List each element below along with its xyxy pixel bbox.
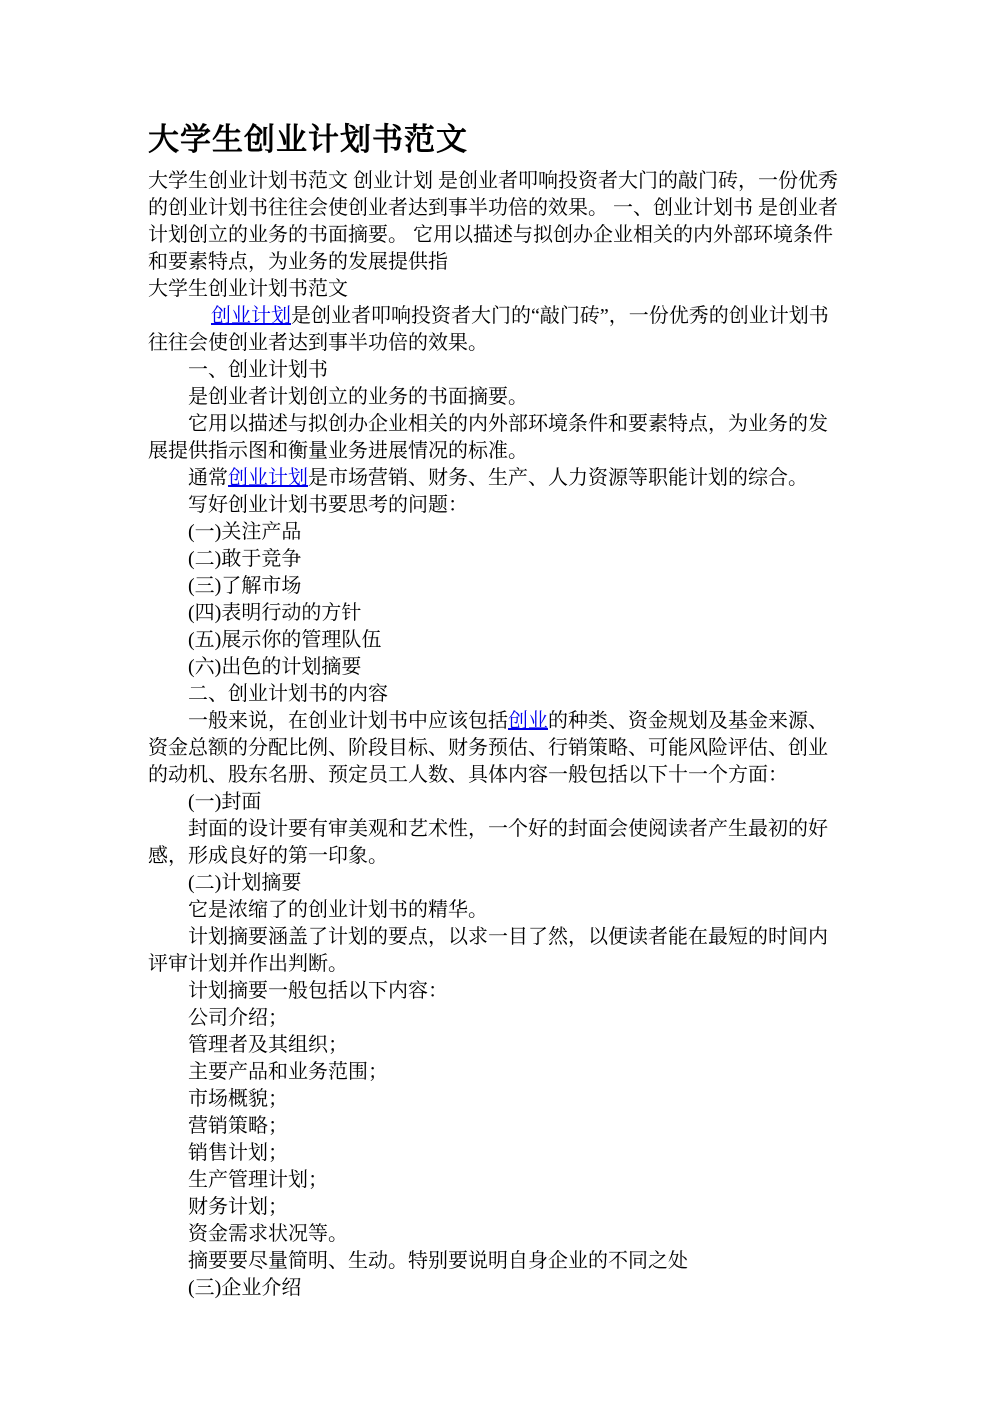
paragraph: (二)计划摘要 (148, 870, 845, 897)
text-run: 是市场营销、财务、生产、人力资源等职能计划的综合。 (308, 467, 808, 489)
paragraph: 二、创业计划书的内容 (148, 681, 845, 708)
paragraph: 封面的设计要有审美观和艺术性，一个好的封面会使阅读者产生最初的好感，形成良好的第… (148, 816, 845, 870)
inline-hyperlink[interactable]: 创业 (508, 710, 548, 732)
text-run: (三)了解市场 (188, 575, 301, 597)
text-run: 一、创业计划书 (188, 359, 328, 381)
paragraph: (一)关注产品 (148, 519, 845, 546)
paragraph: 管理者及其组织； (148, 1032, 845, 1059)
text-run: 营销策略； (188, 1115, 288, 1137)
text-run: 大学生创业计划书范文 (148, 278, 348, 300)
text-run: (三)企业介绍 (188, 1277, 301, 1299)
paragraph: 它用以描述与拟创办企业相关的内外部环境条件和要素特点，为业务的发展提供指示图和衡… (148, 411, 845, 465)
text-run: 管理者及其组织； (188, 1034, 348, 1056)
paragraph: 市场概貌； (148, 1086, 845, 1113)
paragraph: 资金需求状况等。 (148, 1221, 845, 1248)
paragraph: 写好创业计划书要思考的问题： (148, 492, 845, 519)
paragraph: 摘要要尽量简明、生动。特别要说明自身企业的不同之处 (148, 1248, 845, 1275)
text-run: 摘要要尽量简明、生动。特别要说明自身企业的不同之处 (188, 1250, 688, 1272)
paragraph: (三)企业介绍 (148, 1275, 845, 1302)
document-body: 大学生创业计划书范文 创业计划 是创业者叩响投资者大门的敲门砖，一份优秀的创业计… (148, 168, 845, 1302)
text-run: 通常 (188, 467, 228, 489)
page-title: 大学生创业计划书范文 (148, 120, 845, 160)
paragraph: 主要产品和业务范围； (148, 1059, 845, 1086)
text-run: 写好创业计划书要思考的问题： (188, 494, 468, 516)
paragraph: (三)了解市场 (148, 573, 845, 600)
text-run: 资金需求状况等。 (188, 1223, 348, 1245)
text-run: 市场概貌； (188, 1088, 288, 1110)
text-run: 财务计划； (188, 1196, 288, 1218)
paragraph: (五)展示你的管理队伍 (148, 627, 845, 654)
paragraph: 创业计划是创业者叩响投资者大门的“敲门砖”，一份优秀的创业计划书往往会使创业者达… (148, 303, 845, 357)
paragraph: 计划摘要涵盖了计划的要点，以求一目了然，以便读者能在最短的时间内评审计划并作出判… (148, 924, 845, 978)
paragraph: 是创业者计划创立的业务的书面摘要。 (148, 384, 845, 411)
text-run: (四)表明行动的方针 (188, 602, 361, 624)
text-run: (六)出色的计划摘要 (188, 656, 361, 678)
text-run: 它是浓缩了的创业计划书的精华。 (188, 899, 488, 921)
paragraph: (四)表明行动的方针 (148, 600, 845, 627)
text-run: 二、创业计划书的内容 (188, 683, 388, 705)
document-page: 大学生创业计划书范文 大学生创业计划书范文 创业计划 是创业者叩响投资者大门的敲… (0, 0, 993, 1404)
inline-hyperlink[interactable]: 创业计划 (228, 467, 308, 489)
text-run: 计划摘要涵盖了计划的要点，以求一目了然，以便读者能在最短的时间内评审计划并作出判… (148, 926, 828, 975)
paragraph: 一般来说，在创业计划书中应该包括创业的种类、资金规划及基金来源、资金总额的分配比… (148, 708, 845, 789)
text-run: (二)敢于竞争 (188, 548, 301, 570)
text-run: 公司介绍； (188, 1007, 288, 1029)
paragraph: 大学生创业计划书范文 创业计划 是创业者叩响投资者大门的敲门砖，一份优秀的创业计… (148, 168, 845, 276)
text-run: (五)展示你的管理队伍 (188, 629, 381, 651)
text-run: 生产管理计划； (188, 1169, 328, 1191)
text-run: 封面的设计要有审美观和艺术性，一个好的封面会使阅读者产生最初的好感，形成良好的第… (148, 818, 828, 867)
paragraph: 一、创业计划书 (148, 357, 845, 384)
text-run: 一般来说，在创业计划书中应该包括 (188, 710, 508, 732)
text-run: (一)关注产品 (188, 521, 301, 543)
paragraph: 营销策略； (148, 1113, 845, 1140)
paragraph: 销售计划； (148, 1140, 845, 1167)
text-run: 主要产品和业务范围； (188, 1061, 388, 1083)
paragraph: 计划摘要一般包括以下内容： (148, 978, 845, 1005)
paragraph: (二)敢于竞争 (148, 546, 845, 573)
paragraph: (六)出色的计划摘要 (148, 654, 845, 681)
text-run: 销售计划； (188, 1142, 288, 1164)
text-run: (一)封面 (188, 791, 261, 813)
paragraph: 公司介绍； (148, 1005, 845, 1032)
text-run: 它用以描述与拟创办企业相关的内外部环境条件和要素特点，为业务的发展提供指示图和衡… (148, 413, 828, 462)
text-run: 计划摘要一般包括以下内容： (188, 980, 448, 1002)
paragraph: 它是浓缩了的创业计划书的精华。 (148, 897, 845, 924)
paragraph: 财务计划； (148, 1194, 845, 1221)
paragraph: (一)封面 (148, 789, 845, 816)
text-run: 是创业者计划创立的业务的书面摘要。 (188, 386, 528, 408)
paragraph: 生产管理计划； (148, 1167, 845, 1194)
text-run: 大学生创业计划书范文 创业计划 是创业者叩响投资者大门的敲门砖，一份优秀的创业计… (148, 170, 838, 273)
inline-hyperlink[interactable]: 创业计划 (211, 305, 291, 327)
text-run: (二)计划摘要 (188, 872, 301, 894)
paragraph: 通常创业计划是市场营销、财务、生产、人力资源等职能计划的综合。 (148, 465, 845, 492)
paragraph: 大学生创业计划书范文 (148, 276, 845, 303)
